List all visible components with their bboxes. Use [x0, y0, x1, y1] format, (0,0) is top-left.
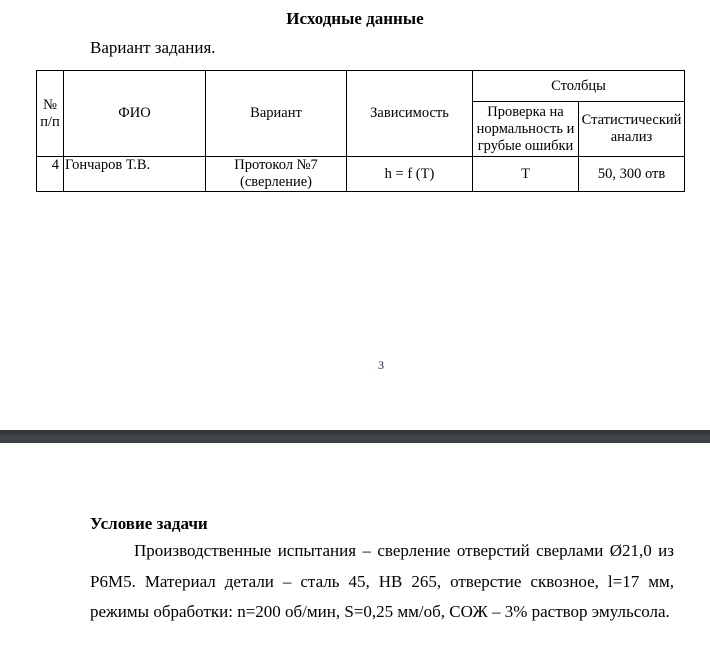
cell-fio: Гончаров Т.В. [64, 157, 206, 192]
variant-caption: Вариант задания. [90, 38, 216, 58]
cell-num: 4 [37, 157, 64, 192]
cell-normality: T [473, 157, 579, 192]
cell-stat: 50, 300 отв [579, 157, 685, 192]
variant-table: № п/п ФИО Вариант Зависимость Столбцы Пр… [36, 70, 685, 192]
header-dependency: Зависимость [347, 71, 473, 157]
header-num: № п/п [37, 71, 64, 157]
header-columns-group: Столбцы [473, 71, 685, 102]
cell-dependency: h = f (T) [347, 157, 473, 192]
table-row: 4 Гончаров Т.В. Протокол №7 (сверление) … [37, 157, 685, 192]
header-fio: ФИО [64, 71, 206, 157]
header-stat: Статистический анализ [579, 102, 685, 157]
header-variant: Вариант [206, 71, 347, 157]
cell-variant: Протокол №7 (сверление) [206, 157, 347, 192]
page-separator [0, 430, 710, 443]
task-heading: Условие задачи [90, 514, 208, 534]
section-title: Исходные данные [0, 9, 710, 29]
task-paragraph: Производственные испытания – сверление о… [90, 536, 674, 628]
page-number: 3 [0, 358, 710, 373]
header-normality: Проверка на нормальность и грубые ошибки [473, 102, 579, 157]
